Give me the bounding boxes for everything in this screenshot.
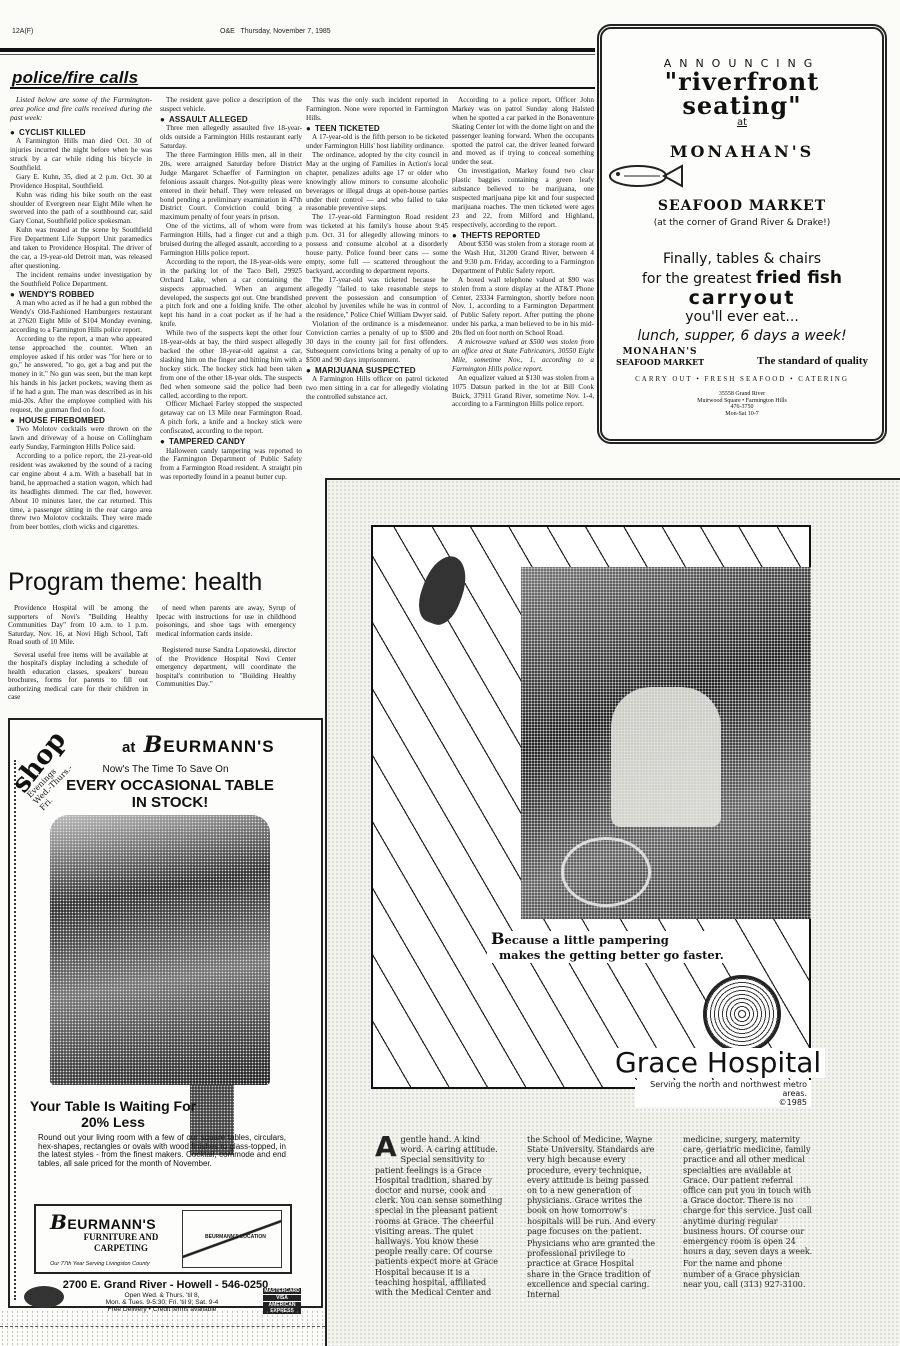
beurmanns-logo-large: BEURMANN'S bbox=[50, 1210, 156, 1234]
paragraph: According to the report, the 18-year-old… bbox=[160, 258, 302, 329]
service-area-text: Serving the north and northwest metro ar… bbox=[639, 1080, 807, 1098]
logo-subtext: SEAFOOD MARKET bbox=[616, 357, 704, 367]
logo-text: EURMANN'S bbox=[67, 1216, 156, 1232]
tagline-line: for the greatest fried fish bbox=[602, 269, 882, 289]
ad-copy-column-2: the School of Medicine, Wayne State Univ… bbox=[527, 1135, 657, 1302]
fishing-reel-icon bbox=[703, 975, 781, 1053]
ad-copy: Round out your living room with a few of… bbox=[38, 1134, 286, 1168]
patient-photo bbox=[521, 567, 811, 919]
decorative-blob bbox=[24, 1286, 64, 1308]
paragraph: The ordinance, adopted by the city counc… bbox=[306, 151, 448, 213]
tagline-initial: B bbox=[491, 929, 505, 948]
card-logo: VISA bbox=[263, 1295, 301, 1301]
page-rule bbox=[0, 1326, 325, 1327]
item-heading-house-firebombed: HOUSE FIREBOMBED bbox=[10, 416, 152, 426]
ad-footer: MONAHAN'S SEAFOOD MARKET The standard of… bbox=[602, 347, 882, 417]
article-column-2: of need when parents are away, Syrup of … bbox=[156, 604, 296, 693]
paragraph: A boxed wall telephone valued at $90 was… bbox=[452, 276, 594, 338]
article-column-1: Providence Hospital will be among the su… bbox=[8, 604, 148, 706]
item-heading-assault-alleged: ASSAULT ALLEGED bbox=[160, 115, 302, 125]
item-heading-teen-ticketed: TEEN TICKETED bbox=[306, 124, 448, 134]
tagline-line: you'll ever eat... bbox=[602, 308, 882, 327]
hours-line: Open Wed. & Thurs. 'til 8, bbox=[82, 1292, 242, 1299]
ad-market-name: SEAFOOD MARKET bbox=[602, 198, 882, 214]
paragraph: Providence Hospital will be among the su… bbox=[8, 604, 148, 647]
ad-location: (at the corner of Grand River & Drake!) bbox=[602, 218, 882, 228]
paragraph: Gary E. Kuhn, 35, died at 2 p.m. Oct. 30… bbox=[10, 173, 152, 191]
ad-store-line: at BEURMANN'S bbox=[122, 732, 275, 758]
hospital-name: Grace Hospital bbox=[611, 1048, 825, 1078]
police-column-3: This was the only such incident reported… bbox=[306, 96, 448, 402]
page-number: 12A(F) bbox=[12, 28, 33, 35]
store-info-box: BEURMANN'S FURNITURE AND CARPETING Our 7… bbox=[34, 1204, 292, 1274]
map-label: BEURMANN'S LOCATION bbox=[205, 1235, 266, 1240]
paragraph: The resident gave police a description o… bbox=[160, 96, 302, 114]
item-heading-cyclist-killed: CYCLIST KILLED bbox=[10, 128, 152, 138]
paragraph: Registered nurse Sandra Lopatowski, dire… bbox=[156, 646, 296, 689]
section-title: police/fire calls bbox=[12, 68, 138, 88]
dateline: O&E Thursday, November 7, 1985 bbox=[220, 28, 331, 35]
store-type: FURNITURE AND CARPETING bbox=[66, 1232, 176, 1254]
at-label: at bbox=[122, 739, 135, 756]
store-hours: Mon-Sat 10-7 bbox=[602, 411, 882, 418]
paragraph: While two of the suspects kept the other… bbox=[160, 329, 302, 400]
police-column-2: The resident gave police a description o… bbox=[160, 96, 302, 482]
item-heading-wendys-robbed: WENDY'S ROBBED bbox=[10, 290, 152, 300]
paragraph: Several useful free items will be availa… bbox=[8, 651, 148, 702]
paragraph: According to the report, a man who appea… bbox=[10, 335, 152, 415]
logo-initial: B bbox=[50, 1210, 67, 1234]
tagline-text: for the greatest bbox=[642, 271, 752, 287]
fish-icon bbox=[602, 163, 686, 189]
paragraph: Kuhn was treated at the scene by Southfi… bbox=[10, 226, 152, 271]
paragraph: On investigation, Markey found two clear… bbox=[452, 167, 594, 229]
hours-line: Mon. & Tues. 9-5:30; Fri. 'til 9; Sat. 9… bbox=[82, 1299, 242, 1306]
ad-tagline: Because a little pampering makes the get… bbox=[487, 931, 728, 963]
drop-cap: A bbox=[375, 1135, 397, 1159]
police-intro: Listed below are some of the Farmington-… bbox=[10, 96, 152, 123]
paragraph: Halloween candy tampering was reported t… bbox=[160, 447, 302, 483]
item-heading-tampered-candy: TAMPERED CANDY bbox=[160, 437, 302, 447]
monahans-logo: MONAHAN'S bbox=[602, 142, 882, 161]
article-headline: Program theme: health bbox=[8, 568, 262, 596]
monahans-ad: ANNOUNCING "riverfront seating" at MONAH… bbox=[597, 24, 887, 444]
tagline-emphasis: fried fish bbox=[756, 268, 842, 288]
ad-address: 35558 Grand River Muirwood Square • Farm… bbox=[602, 391, 882, 417]
paragraph: The incident remains under investigation… bbox=[10, 271, 152, 289]
tagline-line: makes the getting better go faster. bbox=[499, 948, 724, 962]
paragraph: A microwave valued at $500 was stolen fr… bbox=[452, 338, 594, 374]
logo-initial: B bbox=[144, 732, 164, 758]
ad-at: at bbox=[602, 118, 882, 128]
logo-text: EURMANN'S bbox=[163, 737, 274, 756]
paragraph: Violation of the ordinance is a misdemea… bbox=[306, 320, 448, 365]
paragraph: Kuhn was riding his bike south on the ea… bbox=[10, 191, 152, 227]
logo-text: MONAHAN'S bbox=[616, 347, 704, 357]
police-column-4: According to a police report, Officer Jo… bbox=[452, 96, 594, 409]
tagline-line: Finally, tables & chairs bbox=[602, 250, 882, 269]
copyright: ©1985 bbox=[639, 1098, 807, 1107]
dotted-border bbox=[14, 760, 16, 1300]
paragraph: A man who acted as if he had a gun robbe… bbox=[10, 299, 152, 335]
ad-headline: EVERY OCCASIONAL TABLE IN STOCK! bbox=[60, 777, 280, 811]
ad-illustration-frame: Because a little pampering makes the get… bbox=[371, 525, 811, 1089]
paragraph: The 17-year-old was ticketed because he … bbox=[306, 276, 448, 321]
ad-copy-column-1: A gentle hand. A kind word. A caring att… bbox=[375, 1135, 505, 1298]
paragraph: The three Farmington Hills men, all in t… bbox=[160, 151, 302, 222]
ad-offer: Your Table Is Waiting For 20% Less bbox=[28, 1098, 198, 1130]
police-column-1: Listed below are some of the Farmington-… bbox=[10, 96, 152, 532]
ad-copy: Physicians who are granted the professio… bbox=[527, 1239, 657, 1300]
paragraph: One of the victims, all of whom were fro… bbox=[160, 222, 302, 258]
store-years: Our 77th Year Serving Livingston County bbox=[50, 1261, 150, 1267]
tagline-line: ecause a little pampering bbox=[505, 933, 669, 947]
ad-services: CARRY OUT • FRESH SEAFOOD • CATERING bbox=[602, 375, 882, 383]
paragraph: Two Molotov cocktails were thrown on the… bbox=[10, 425, 152, 452]
paragraph: Three men allegedly assaulted five 18-ye… bbox=[160, 124, 302, 151]
paragraph: According to a police report, Officer Jo… bbox=[452, 96, 594, 167]
item-heading-thefts-reported: THEFTS REPORTED bbox=[452, 231, 594, 241]
issue-date: Thursday, November 7, 1985 bbox=[241, 28, 331, 35]
beurmanns-ad: shop Evenings Wed.-Thurs.-Fri. at BEURMA… bbox=[8, 718, 323, 1308]
paragraph: A Farmington Hills officer on patrol tic… bbox=[306, 375, 448, 402]
wheelchair-icon bbox=[561, 837, 651, 907]
print-noise bbox=[0, 1310, 325, 1346]
item-heading-marijuana-suspected: MARIJUANA SUSPECTED bbox=[306, 366, 448, 376]
hospital-service-area: Serving the north and northwest metro ar… bbox=[635, 1080, 811, 1107]
ad-copy-column-3: medicine, surgery, maternity care, geria… bbox=[683, 1135, 813, 1292]
paragraph: A 17-year-old is the fifth person to be … bbox=[306, 133, 448, 151]
paragraph: This was the only such incident reported… bbox=[306, 96, 448, 123]
section-rule bbox=[10, 87, 595, 89]
tagline-line: lunch, supper, 6 days a week! bbox=[602, 327, 882, 346]
masthead-rule-thin bbox=[0, 54, 595, 55]
paragraph: About $350 was stolen from a storage roo… bbox=[452, 240, 594, 276]
monahans-small-logo: MONAHAN'S SEAFOOD MARKET bbox=[616, 347, 704, 367]
location-map: BEURMANN'S LOCATION bbox=[182, 1210, 282, 1268]
paper-name: O&E bbox=[220, 28, 235, 35]
ad-headline: "riverfront seating" bbox=[602, 70, 882, 118]
paragraph: Officer Michael Farley stopped the suspe… bbox=[160, 400, 302, 436]
furniture-photo bbox=[50, 815, 270, 1085]
card-logo: MASTERCARD bbox=[263, 1288, 301, 1294]
fishing-lure-icon bbox=[412, 550, 474, 629]
masthead-rule bbox=[0, 48, 595, 52]
ad-copy: For the name and phone number of a Grace… bbox=[683, 1259, 813, 1290]
beurmanns-logo: BEURMANN'S bbox=[144, 737, 275, 756]
patient-figure bbox=[611, 687, 721, 827]
ad-tagline: Finally, tables & chairs for the greates… bbox=[602, 250, 882, 346]
grace-hospital-ad: Because a little pampering makes the get… bbox=[325, 478, 900, 1346]
ad-slogan: The standard of quality bbox=[757, 355, 868, 367]
paragraph: According to a police report, the 21-yea… bbox=[10, 452, 152, 532]
ad-copy: the School of Medicine, Wayne State Univ… bbox=[527, 1135, 657, 1237]
paragraph: The 17-year-old Farmington Road resident… bbox=[306, 213, 448, 275]
paragraph: An equalizer valued at $130 was stolen f… bbox=[452, 374, 594, 410]
tagline-line: carryout bbox=[602, 289, 882, 308]
paragraph: of need when parents are away, Syrup of … bbox=[156, 604, 296, 638]
ad-subhead: Now's The Time To Save On bbox=[10, 764, 321, 775]
paragraph: A Farmington Hills man died Oct. 30 of i… bbox=[10, 137, 152, 173]
ad-copy: medicine, surgery, maternity care, geria… bbox=[683, 1135, 813, 1257]
